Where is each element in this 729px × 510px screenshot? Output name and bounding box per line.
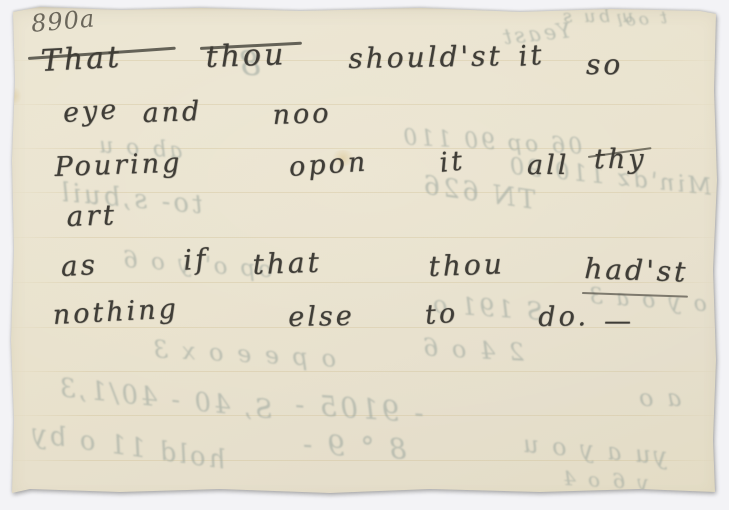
manuscript-word: thou	[428, 247, 505, 283]
manuscript-word: as	[60, 248, 99, 283]
manuscript-word: all	[527, 150, 569, 181]
manuscript-word: else	[288, 301, 355, 333]
manuscript-paper: Yeast t ool 8 u bu s ab o u 06 op 90 110…	[0, 0, 729, 510]
ghost-writing-fragment: 8 ° 9 -	[299, 427, 407, 466]
paper-shadow-wrap: Yeast t ool 8 u bu s ab o u 06 op 90 110…	[0, 0, 729, 510]
crease-line	[0, 371, 729, 372]
paper-stain	[2, 86, 22, 106]
manuscript-word: it	[517, 38, 546, 73]
ghost-writing-fragment: o p e e o x 3	[149, 335, 336, 373]
manuscript-word: That	[40, 40, 123, 79]
catalog-number: 890a	[30, 4, 96, 37]
ghost-writing-fragment: 2 4 o 6	[419, 333, 524, 366]
manuscript-word: it	[438, 145, 467, 178]
ghost-writing-fragment: a o	[636, 384, 681, 412]
manuscript-word: had'st	[584, 252, 689, 289]
ghost-writing-fragment: u bu s	[560, 6, 633, 27]
manuscript-word: to	[424, 298, 459, 331]
ghost-writing-fragment: yu a y o u	[519, 430, 668, 471]
manuscript-word: if	[182, 242, 210, 277]
ghost-writing-fragment: y 6 o 4	[559, 466, 649, 495]
ghost-writing-fragment: - 9105 -	[291, 387, 425, 429]
ghost-writing-fragment: hold 11 o by	[27, 418, 227, 475]
scanned-manuscript-page: Yeast t ool 8 u bu s ab o u 06 op 90 110…	[0, 0, 729, 510]
manuscript-word: eye	[62, 94, 120, 129]
manuscript-word: Pouring	[54, 148, 183, 183]
manuscript-word: that	[252, 246, 322, 281]
ghost-writing-fragment: S, 40 - 40/1,3	[55, 373, 274, 426]
crease-line	[0, 237, 729, 238]
manuscript-word: opon	[288, 146, 369, 182]
manuscript-word: do.	[538, 301, 589, 333]
manuscript-word: so	[586, 48, 623, 81]
manuscript-word: —	[604, 306, 634, 337]
manuscript-word: and	[142, 96, 203, 129]
manuscript-word: noo	[272, 98, 332, 131]
manuscript-word: nothing	[52, 293, 180, 331]
manuscript-word: art	[66, 198, 117, 233]
manuscript-word: should'st	[348, 39, 503, 75]
